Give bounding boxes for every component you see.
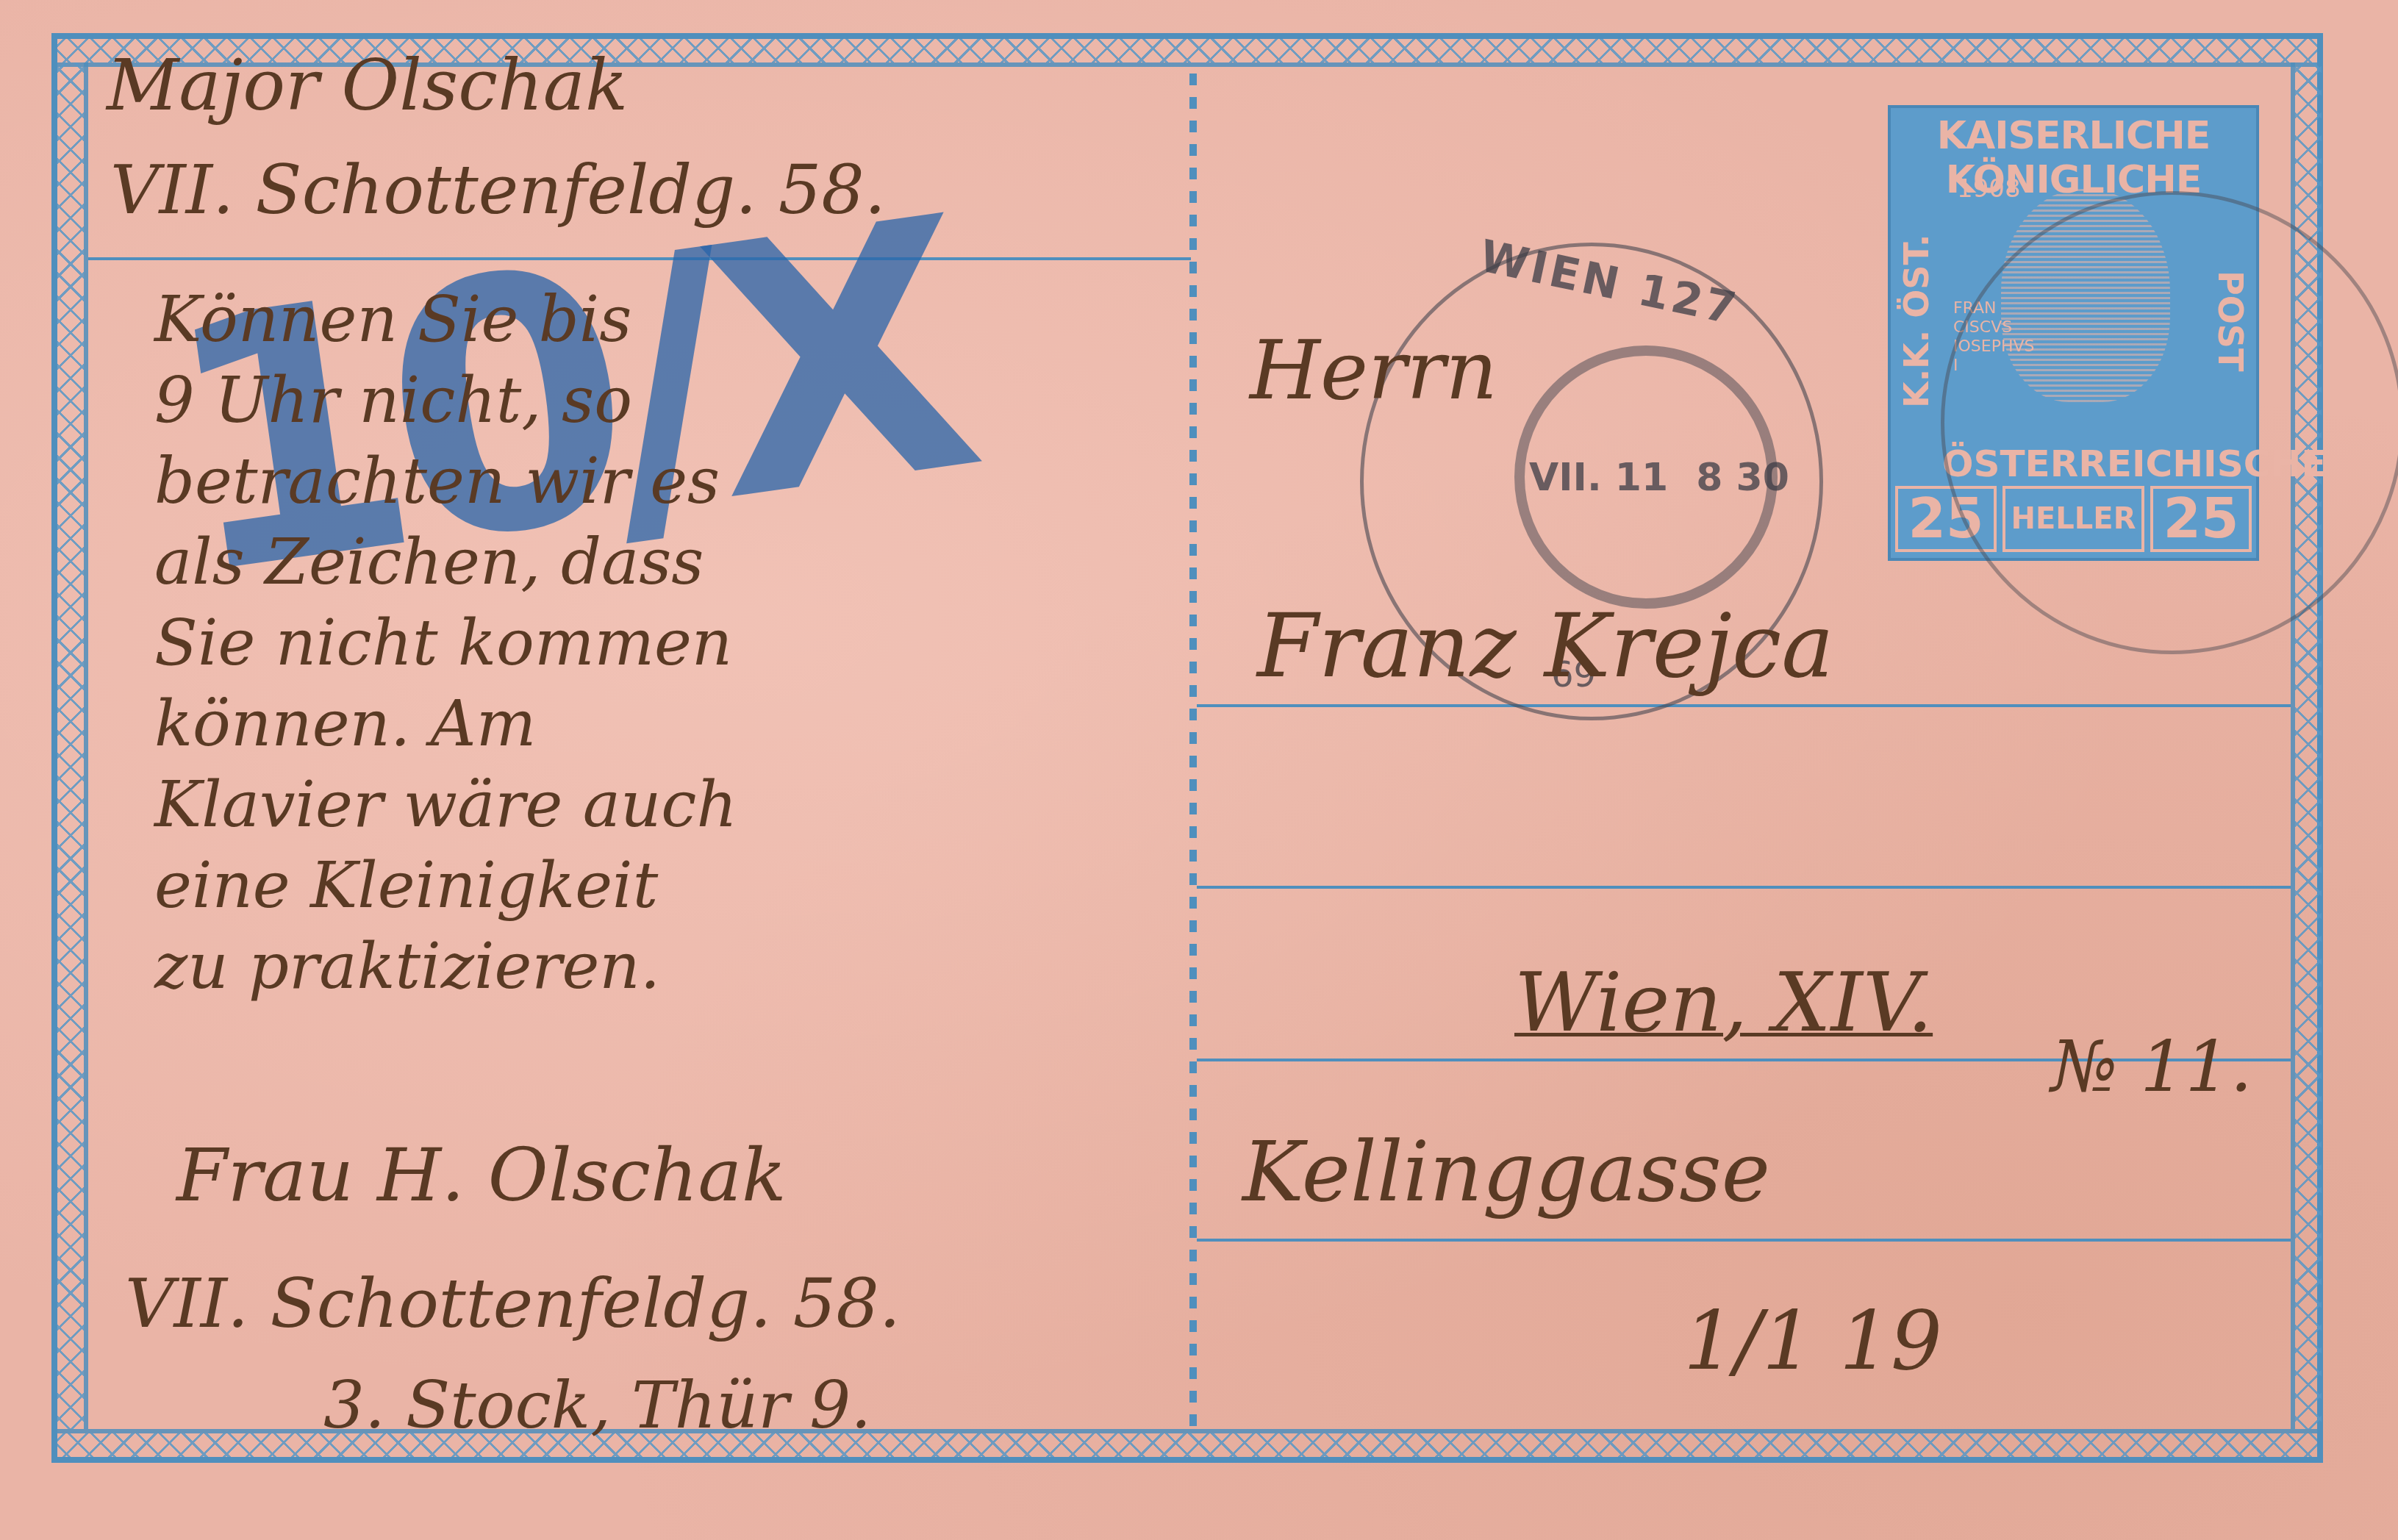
message-line: als Zeichen, dass: [154, 522, 704, 603]
address-rule-1: [1197, 704, 2291, 707]
postmark-date: VII. 11 8 30: [1529, 456, 1789, 500]
sender-header-address: VII. Schottenfeldg. 58.: [110, 151, 886, 229]
signature-address: VII. Schottenfeldg. 58.: [125, 1264, 901, 1343]
recipient-salutation: Herrn: [1250, 323, 1497, 418]
message-line: 9 Uhr nicht, so: [154, 360, 632, 441]
message-line: zu praktizieren.: [154, 926, 660, 1007]
recipient-name: Franz Krejca: [1257, 595, 1834, 698]
message-line: Klavier wäre auch: [154, 764, 737, 845]
message-line: können. Am: [154, 684, 536, 764]
stamp-left-text: K.K. ÖST.: [1897, 174, 1941, 468]
message-line: eine Kleinigkeit: [154, 845, 658, 926]
perforated-divider: [1189, 74, 1197, 1426]
signature-floor: 3. Stock, Thür 9.: [323, 1367, 871, 1443]
address-rule-2: [1197, 886, 2291, 889]
ornamental-border-left: [57, 62, 88, 1429]
message-line: betrachten wir es: [154, 441, 720, 522]
message-line: Können Sie bis: [154, 279, 631, 360]
signature-name: Frau H. Olschak: [176, 1132, 787, 1218]
recipient-street-number: № 11.: [2051, 1025, 2252, 1108]
recipient-city: Wien, XIV.: [1514, 956, 1933, 1050]
sender-header-name: Major Olschak: [107, 44, 628, 126]
address-rule-4: [1197, 1239, 2291, 1242]
stamp-year: 1908: [1957, 174, 2021, 204]
stamp-cancel-circle: [1941, 191, 2398, 654]
message-line: Sie nicht kommen: [154, 603, 732, 684]
recipient-apartment: 1/1 19: [1683, 1294, 1942, 1388]
recipient-street: Kellinggasse: [1242, 1125, 1770, 1220]
